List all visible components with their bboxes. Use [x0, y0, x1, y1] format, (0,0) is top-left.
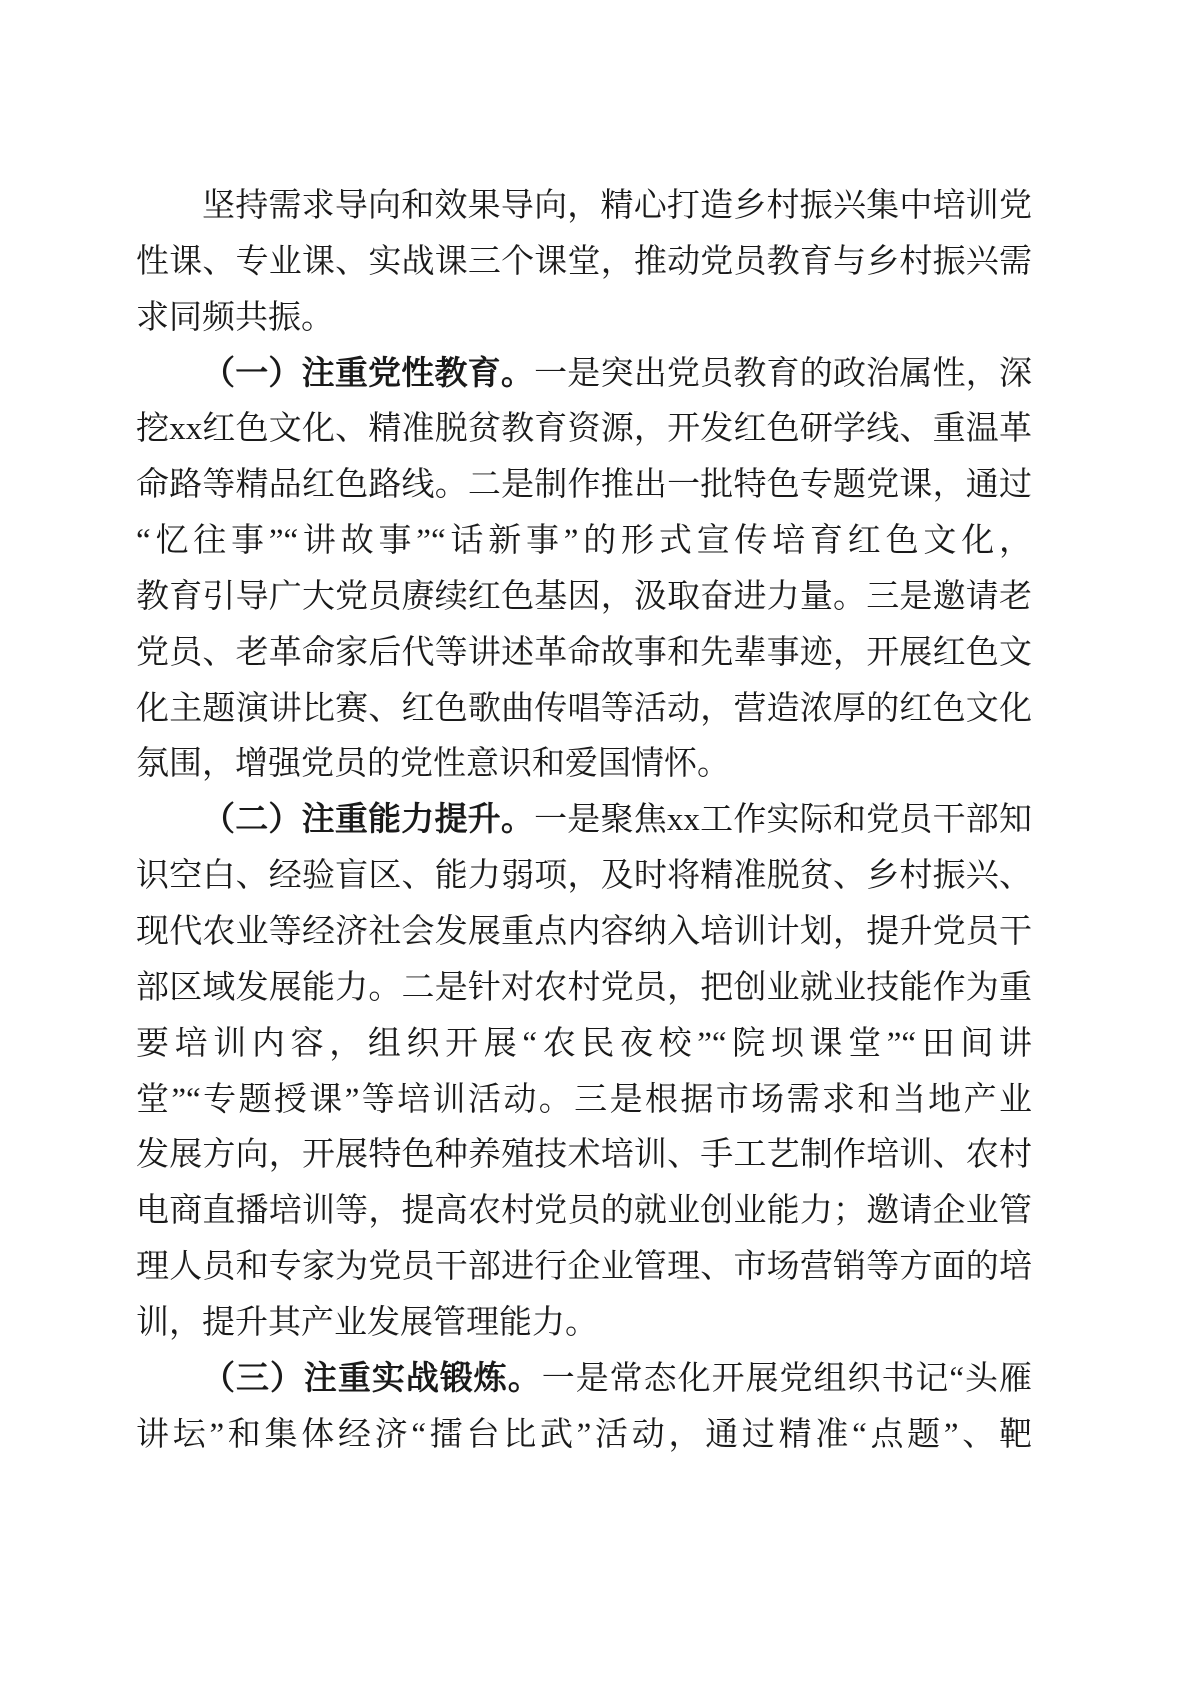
paragraph: 坚持需求导向和效果导向，精心打造乡村振兴集中培训党性课、专业课、实战课三个课堂，… — [136, 179, 1032, 347]
text-line: （一）注重党性教育。一是突出党员教育的政治属性，深 — [136, 347, 1032, 403]
text-line: 要培训内容，组织开展“农民夜校”“院坝课堂”“田间讲 — [136, 1017, 1032, 1073]
text-segment: 命路等精品红色路线。二是制作推出一批特色专题党课，通过 — [136, 467, 1032, 503]
text-line: 堂”“专题授课”等培训活动。三是根据市场需求和当地产业 — [136, 1073, 1032, 1129]
text-segment: 部区域发展能力。二是针对农村党员，把创业就业技能作为重 — [136, 970, 1032, 1006]
text-line: 训，提升其产业发展管理能力。 — [136, 1296, 1032, 1352]
text-segment: 化主题演讲比赛、红色歌曲传唱等活动，营造浓厚的红色文化 — [136, 691, 1032, 727]
text-line: 教育引导广大党员赓续红色基因，汲取奋进力量。三是邀请老 — [136, 570, 1032, 626]
text-line: 讲坛”和集体经济“擂台比武”活动，通过精准“点题”、靶 — [136, 1408, 1032, 1464]
text-segment: 教育引导广大党员赓续红色基因，汲取奋进力量。三是邀请老 — [136, 579, 1032, 615]
text-segment: 现代农业等经济社会发展重点内容纳入培训计划，提升党员干 — [136, 914, 1032, 950]
paragraph: （二）注重能力提升。一是聚焦xx工作实际和党员干部知识空白、经验盲区、能力弱项，… — [136, 793, 1032, 1351]
text-segment: 识空白、经验盲区、能力弱项，及时将精准脱贫、乡村振兴、 — [136, 858, 1032, 894]
text-segment: 挖xx红色文化、精准脱贫教育资源，开发红色研学线、重温革 — [136, 411, 1032, 447]
text-segment: 训，提升其产业发展管理能力。 — [136, 1305, 598, 1341]
text-segment: 要培训内容，组织开展“农民夜校”“院坝课堂”“田间讲 — [136, 1026, 1032, 1062]
document-page: 坚持需求导向和效果导向，精心打造乡村振兴集中培训党性课、专业课、实战课三个课堂，… — [0, 0, 1190, 1683]
text-line: 命路等精品红色路线。二是制作推出一批特色专题党课，通过 — [136, 458, 1032, 514]
text-line: 挖xx红色文化、精准脱贫教育资源，开发红色研学线、重温革 — [136, 402, 1032, 458]
text-segment: 讲坛”和集体经济“擂台比武”活动，通过精准“点题”、靶 — [136, 1417, 1032, 1453]
text-segment: 一是聚焦xx工作实际和党员干部知 — [534, 802, 1032, 838]
text-segment: 一是突出党员教育的政治属性，深 — [534, 356, 1032, 392]
document-body: 坚持需求导向和效果导向，精心打造乡村振兴集中培训党性课、专业课、实战课三个课堂，… — [136, 179, 1032, 1463]
text-segment: 党员、老革命家后代等讲述革命故事和先辈事迹，开展红色文 — [136, 635, 1032, 671]
text-line: 现代农业等经济社会发展重点内容纳入培训计划，提升党员干 — [136, 905, 1032, 961]
text-line: 求同频共振。 — [136, 291, 1032, 347]
text-line: 党员、老革命家后代等讲述革命故事和先辈事迹，开展红色文 — [136, 626, 1032, 682]
text-segment: 氛围，增强党员的党性意识和爱国情怀。 — [136, 746, 730, 782]
text-line: 电商直播培训等，提高农村党员的就业创业能力；邀请企业管 — [136, 1184, 1032, 1240]
text-segment: 坚持需求导向和效果导向，精心打造乡村振兴集中培训党 — [202, 188, 1032, 224]
section-heading: （二）注重能力提升。 — [202, 802, 534, 838]
text-segment: 发展方向，开展特色种养殖技术培训、手工艺制作培训、农村 — [136, 1137, 1032, 1173]
text-line: 化主题演讲比赛、红色歌曲传唱等活动，营造浓厚的红色文化 — [136, 682, 1032, 738]
text-segment: “忆往事”“讲故事”“话新事”的形式宣传培育红色文化， — [136, 523, 1032, 559]
text-segment: 一是常态化开展党组织书记“头雁 — [542, 1361, 1032, 1397]
text-line: 发展方向，开展特色种养殖技术培训、手工艺制作培训、农村 — [136, 1128, 1032, 1184]
paragraph: （三）注重实战锻炼。一是常态化开展党组织书记“头雁讲坛”和集体经济“擂台比武”活… — [136, 1352, 1032, 1464]
text-segment: 求同频共振。 — [136, 300, 334, 336]
text-line: （二）注重能力提升。一是聚焦xx工作实际和党员干部知 — [136, 793, 1032, 849]
section-heading: （三）注重实战锻炼。 — [202, 1361, 542, 1397]
text-line: “忆往事”“讲故事”“话新事”的形式宣传培育红色文化， — [136, 514, 1032, 570]
text-line: 性课、专业课、实战课三个课堂，推动党员教育与乡村振兴需 — [136, 235, 1032, 291]
text-segment: 理人员和专家为党员干部进行企业管理、市场营销等方面的培 — [136, 1249, 1032, 1285]
text-line: 识空白、经验盲区、能力弱项，及时将精准脱贫、乡村振兴、 — [136, 849, 1032, 905]
text-line: 坚持需求导向和效果导向，精心打造乡村振兴集中培训党 — [136, 179, 1032, 235]
text-segment: 堂”“专题授课”等培训活动。三是根据市场需求和当地产业 — [136, 1082, 1032, 1118]
section-heading: （一）注重党性教育。 — [202, 356, 534, 392]
text-segment: 性课、专业课、实战课三个课堂，推动党员教育与乡村振兴需 — [136, 244, 1032, 280]
text-line: 部区域发展能力。二是针对农村党员，把创业就业技能作为重 — [136, 961, 1032, 1017]
text-segment: 电商直播培训等，提高农村党员的就业创业能力；邀请企业管 — [136, 1193, 1032, 1229]
paragraph: （一）注重党性教育。一是突出党员教育的政治属性，深挖xx红色文化、精准脱贫教育资… — [136, 347, 1032, 794]
text-line: 氛围，增强党员的党性意识和爱国情怀。 — [136, 737, 1032, 793]
text-line: 理人员和专家为党员干部进行企业管理、市场营销等方面的培 — [136, 1240, 1032, 1296]
text-line: （三）注重实战锻炼。一是常态化开展党组织书记“头雁 — [136, 1352, 1032, 1408]
